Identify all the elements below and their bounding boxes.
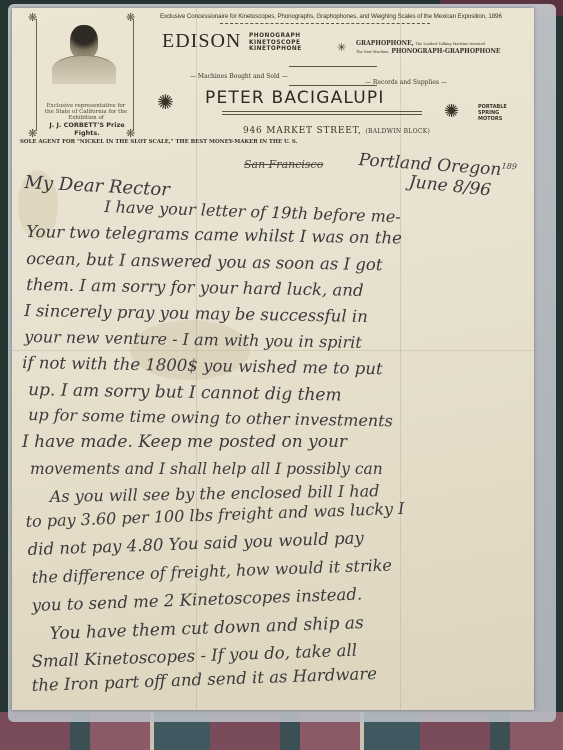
corbett-title: J. J. CORBETT'S Prize Fights. — [38, 121, 136, 137]
portable-line: MOTORS — [478, 117, 507, 123]
product-item: PHONOGRAPH — [249, 33, 302, 40]
divider — [289, 66, 377, 67]
phonograph-graphophone-label: PHONOGRAPH-GRAPHOPHONE — [391, 48, 500, 55]
concession-line: Exclusive Concessionaire for Kinetoscope… — [160, 13, 460, 20]
portable-motors: PORTABLE SPRING MOTORS — [478, 105, 507, 122]
boxer-portrait — [52, 25, 116, 83]
portrait-shoulders — [52, 55, 116, 84]
graphophone-sub: The New Machine, — [356, 50, 389, 54]
proprietor-underline — [222, 111, 422, 115]
street-address: 946 MARKET STREET, (BALDWIN BLOCK) — [243, 126, 430, 136]
divider — [220, 23, 430, 25]
letter-line: movements and I shall help all I possibl… — [30, 460, 383, 478]
letter-line: I have made. Keep me posted on your — [22, 432, 347, 452]
proprietor-name: PETER BACIGALUPI — [205, 88, 385, 108]
graphophone-tagline: The Loudest Talking Machine Invented — [416, 42, 485, 46]
sole-agent-line: SOLE AGENT FOR "NICKEL IN THE SLOT SCALE… — [20, 139, 298, 145]
portrait-caption: Exclusive representative for the State o… — [36, 103, 136, 121]
machines-text: Machines Bought and Sold — [198, 73, 280, 80]
edison-brand: EDISON — [162, 30, 241, 53]
graphophone-block: GRAPHOPHONE, The Loudest Talking Machine… — [356, 40, 501, 56]
records-label: — Records and Supplies — — [365, 79, 447, 86]
struck-city: San Francisco — [244, 158, 323, 171]
product-item: KINETOPHONE — [249, 46, 302, 53]
portrait-head — [70, 25, 98, 59]
ornament-icon: ❋ — [126, 11, 135, 24]
starburst-ornament-icon: ✺ — [444, 101, 459, 122]
starburst-ornament-icon: ✺ — [157, 90, 174, 114]
edison-products: PHONOGRAPH KINETOSCOPE KINETOPHONE — [249, 33, 302, 53]
ornament-icon: ❋ — [28, 11, 37, 24]
address-text: 946 MARKET STREET, — [243, 126, 362, 136]
year-suffix: 189 — [501, 161, 517, 171]
divider — [289, 85, 377, 86]
corbett-portrait-block: ❋ ❋ ❋ ❋ Exclusive representative for the… — [30, 15, 140, 140]
records-text: Records and Supplies — [373, 79, 439, 86]
graphophone-label: GRAPHOPHONE, — [356, 40, 414, 47]
address-block: (BALDWIN BLOCK) — [365, 128, 430, 135]
machines-label: — Machines Bought and Sold — — [190, 73, 288, 80]
asterisk-ornament-icon: ✳ — [337, 41, 346, 54]
